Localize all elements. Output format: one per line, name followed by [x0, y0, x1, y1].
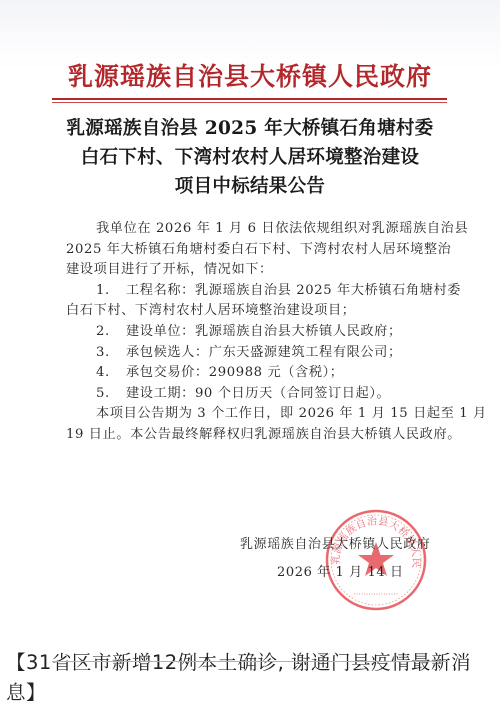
list-item-duration: 5.建设工期：90 个日历天（合同签订日起）。 — [66, 384, 438, 405]
signature-block: 乳源瑶族自治县大桥镇人民政府 2026 年 1 月 14 日 — [240, 535, 460, 583]
item-label: 建设工期： — [126, 386, 195, 401]
notice-body: 我单位在 2026 年 1 月 6 日依法依规组织对乳源瑶族自治县 2025 年… — [66, 219, 438, 446]
item-value: 乳源瑶族自治县 2025 年大桥镇石角塘村委 — [195, 283, 461, 298]
closing-line: 19 日止。本公告最终解释权归乳源瑶族自治县大桥镇人民政府。 — [66, 425, 438, 446]
item-label: 建设单位： — [126, 324, 195, 339]
item-number: 4. — [96, 363, 126, 384]
masthead-rule-thin — [52, 102, 447, 103]
title-line: 乳源瑶族自治县 2025 年大桥镇石角塘村委 — [60, 114, 440, 143]
signature-org: 乳源瑶族自治县大桥镇人民政府 — [240, 535, 460, 555]
item-label: 承包候选人： — [126, 345, 209, 360]
title-line: 白石下村、下湾村农村人居环境整治建设 — [60, 143, 440, 172]
closing-line: 本项目公告期为 3 个工作日，即 2026 年 1 月 15 日起至 1 月 — [66, 404, 438, 425]
item-number: 5. — [96, 384, 126, 405]
notice-title: 乳源瑶族自治县 2025 年大桥镇石角塘村委 白石下村、下湾村农村人居环境整治建… — [60, 114, 440, 201]
item-number: 2. — [96, 322, 126, 343]
caption-strike-line — [52, 661, 448, 662]
list-item-project-name: 1.工程名称：乳源瑶族自治县 2025 年大桥镇石角塘村委 — [66, 281, 438, 302]
news-caption: 【31省区市新增12例本土确诊, 谢通门县疫情最新消息】 — [6, 648, 496, 708]
item-value: 90 个日历天（合同签订日起）。 — [195, 386, 390, 401]
intro-line: 2025 年大桥镇石角塘村委白石下村、下湾村农村人居环境整治 — [66, 240, 438, 261]
title-line: 项目中标结果公告 — [60, 172, 440, 201]
masthead-title: 乳源瑶族自治县大桥镇人民政府 — [0, 62, 500, 92]
masthead-rule-thick — [52, 98, 447, 100]
intro-line: 建设项目进行了开标，情况如下： — [66, 260, 438, 281]
item-value: 乳源瑶族自治县大桥镇人民政府； — [195, 324, 402, 339]
item-number: 3. — [96, 343, 126, 364]
item-number: 1. — [96, 281, 126, 302]
item-value: 广东天盛源建筑工程有限公司； — [209, 345, 402, 360]
list-item-price: 4.承包交易价：290988 元（含税）； — [66, 363, 438, 384]
document-page: 乳源瑶族自治县大桥镇人民政府 乳源瑶族自治县 2025 年大桥镇石角塘村委 白石… — [0, 0, 500, 630]
item-label: 承包交易价： — [126, 365, 209, 380]
item-value: 290988 元（含税）； — [209, 365, 344, 380]
item-continuation: 白石下村、下湾村农村人居环境整治建设项目； — [66, 301, 438, 322]
list-item-candidate: 3.承包候选人：广东天盛源建筑工程有限公司； — [66, 343, 438, 364]
item-label: 工程名称： — [126, 283, 195, 298]
signature-date: 2026 年 1 月 14 日 — [240, 563, 460, 583]
intro-line: 我单位在 2026 年 1 月 6 日依法依规组织对乳源瑶族自治县 — [66, 219, 438, 240]
list-item-construction-unit: 2.建设单位：乳源瑶族自治县大桥镇人民政府； — [66, 322, 438, 343]
